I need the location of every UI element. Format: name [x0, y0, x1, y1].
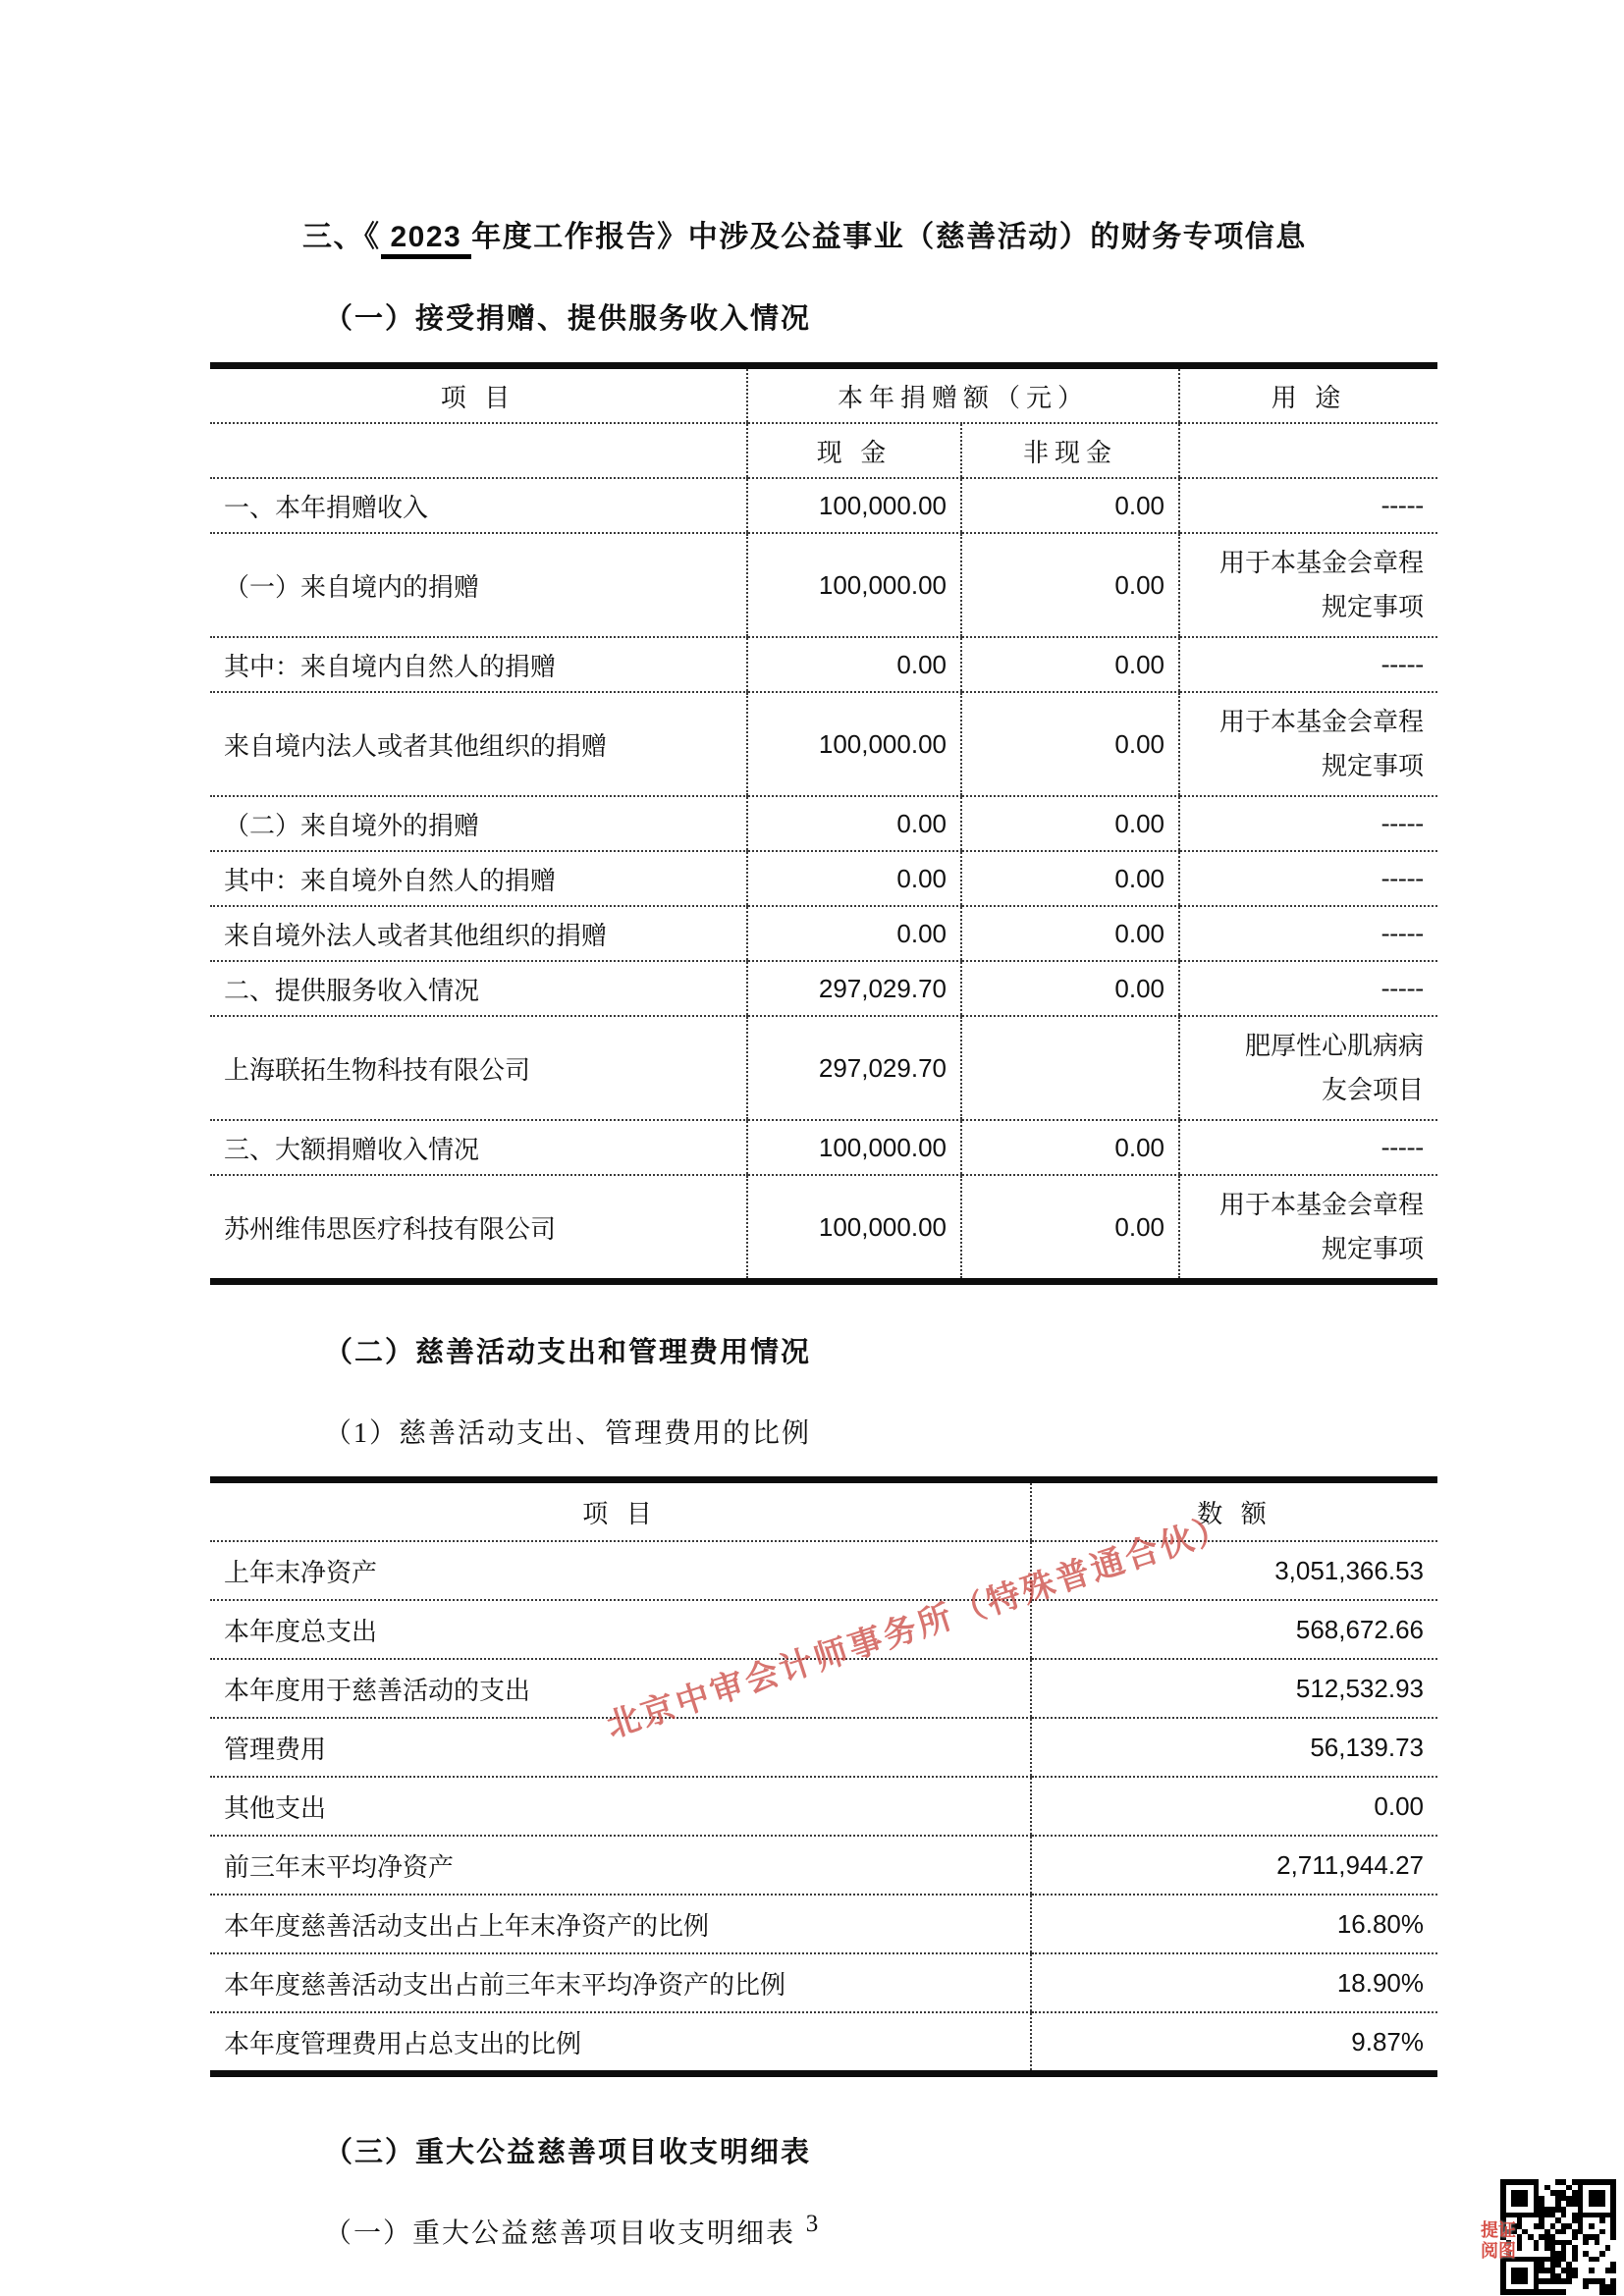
row-noncash: 0.00	[961, 637, 1179, 692]
row-value: 0.00	[1031, 1777, 1437, 1836]
column-header-noncash: 非现金	[961, 423, 1179, 478]
section1-heading: （一）接受捐赠、提供服务收入情况	[324, 296, 1624, 337]
qr-code: 提证 阅图	[1500, 2179, 1616, 2295]
row-item: （二）来自境外的捐赠	[210, 796, 747, 851]
row-value: 56,139.73	[1031, 1718, 1437, 1777]
row-cash: 100,000.00	[747, 1175, 961, 1282]
table-row: 上海联拓生物科技有限公司 297,029.70 肥厚性心肌病病 友会项目	[210, 1016, 1437, 1120]
row-use: 用于本基金会章程 规定事项	[1179, 533, 1437, 637]
row-cash: 0.00	[747, 906, 961, 961]
row-item: 其中：来自境内自然人的捐赠	[210, 637, 747, 692]
table-row: 其他支出 0.00	[210, 1777, 1437, 1836]
table-row: 其中：来自境外自然人的捐赠 0.00 0.00 -----	[210, 851, 1437, 906]
row-use: -----	[1179, 906, 1437, 961]
row-item: 本年度管理费用占总支出的比例	[210, 2012, 1031, 2074]
donation-income-table: 项 目 本年捐赠额（元） 用 途 现 金 非现金 一、本年捐赠收入 100,00…	[210, 362, 1437, 1285]
row-item: 一、本年捐赠收入	[210, 478, 747, 533]
row-value: 16.80%	[1031, 1895, 1437, 1953]
row-cash: 100,000.00	[747, 478, 961, 533]
title-year: 2023	[381, 221, 472, 259]
table-row: 上年末净资产 3,051,366.53	[210, 1541, 1437, 1600]
table-row: 前三年末平均净资产 2,711,944.27	[210, 1836, 1437, 1895]
section2-subheading: （1）慈善活动支出、管理费用的比例	[324, 1412, 1624, 1451]
row-cash: 0.00	[747, 637, 961, 692]
row-cash: 0.00	[747, 796, 961, 851]
expense-ratio-table: 项 目 数 额 上年末净资产 3,051,366.53 本年度总支出 568,6…	[210, 1476, 1437, 2077]
section2-heading: （二）慈善活动支出和管理费用情况	[324, 1330, 1624, 1370]
row-item: 本年度总支出	[210, 1600, 1031, 1659]
document-page: 三、《2023年度工作报告》中涉及公益事业（慈善活动）的财务专项信息 （一）接受…	[0, 212, 1624, 2251]
row-item: 苏州维伟思医疗科技有限公司	[210, 1175, 747, 1282]
table-row: 苏州维伟思医疗科技有限公司 100,000.00 0.00 用于本基金会章程 规…	[210, 1175, 1437, 1282]
page-title: 三、《2023年度工作报告》中涉及公益事业（慈善活动）的财务专项信息	[302, 212, 1624, 259]
table-row: 三、大额捐赠收入情况 100,000.00 0.00 -----	[210, 1120, 1437, 1175]
table-row: 本年度慈善活动支出占前三年末平均净资产的比例 18.90%	[210, 1953, 1437, 2012]
row-item: 上年末净资产	[210, 1541, 1031, 1600]
table-header-row: 项 目 本年捐赠额（元） 用 途	[210, 366, 1437, 424]
table-row: 二、提供服务收入情况 297,029.70 0.00 -----	[210, 961, 1437, 1016]
table-header-row: 项 目 数 额	[210, 1480, 1437, 1542]
page-number: 3	[0, 2211, 1624, 2238]
row-noncash	[961, 1016, 1179, 1120]
row-noncash: 0.00	[961, 796, 1179, 851]
row-use: 用于本基金会章程 规定事项	[1179, 1175, 1437, 1282]
empty-cell	[210, 423, 747, 478]
table-row: 本年度慈善活动支出占上年末净资产的比例 16.80%	[210, 1895, 1437, 1953]
title-suffix: 年度工作报告》中涉及公益事业（慈善活动）的财务专项信息	[471, 221, 1307, 253]
row-item: 本年度慈善活动支出占上年末净资产的比例	[210, 1895, 1031, 1953]
title-prefix: 三、《	[302, 221, 381, 253]
row-item: 其他支出	[210, 1777, 1031, 1836]
row-cash: 100,000.00	[747, 692, 961, 796]
section3-heading: （三）重大公益慈善项目收支明细表	[324, 2130, 1624, 2170]
row-use: -----	[1179, 796, 1437, 851]
column-header-item: 项 目	[210, 1480, 1031, 1542]
row-use: 肥厚性心肌病病 友会项目	[1179, 1016, 1437, 1120]
row-use: -----	[1179, 961, 1437, 1016]
row-item: 来自境内法人或者其他组织的捐赠	[210, 692, 747, 796]
row-item: 本年度用于慈善活动的支出	[210, 1659, 1031, 1718]
row-item: 三、大额捐赠收入情况	[210, 1120, 747, 1175]
row-item: 其中：来自境外自然人的捐赠	[210, 851, 747, 906]
table-row: 一、本年捐赠收入 100,000.00 0.00 -----	[210, 478, 1437, 533]
table-row: 来自境外法人或者其他组织的捐赠 0.00 0.00 -----	[210, 906, 1437, 961]
row-cash: 0.00	[747, 851, 961, 906]
table-row: 来自境内法人或者其他组织的捐赠 100,000.00 0.00 用于本基金会章程…	[210, 692, 1437, 796]
row-value: 568,672.66	[1031, 1600, 1437, 1659]
column-header-item: 项 目	[210, 366, 747, 424]
row-value: 512,532.93	[1031, 1659, 1437, 1718]
empty-cell	[1179, 423, 1437, 478]
row-use: -----	[1179, 478, 1437, 533]
column-header-value: 数 额	[1031, 1480, 1437, 1542]
column-header-amount-group: 本年捐赠额（元）	[747, 366, 1179, 424]
row-item: 前三年末平均净资产	[210, 1836, 1031, 1895]
table-subheader-row: 现 金 非现金	[210, 423, 1437, 478]
row-item: 本年度慈善活动支出占前三年末平均净资产的比例	[210, 1953, 1031, 2012]
table-row: 本年度管理费用占总支出的比例 9.87%	[210, 2012, 1437, 2074]
row-use: -----	[1179, 637, 1437, 692]
column-header-use: 用 途	[1179, 366, 1437, 424]
qr-stamp-label-line2: 阅图	[1481, 2241, 1516, 2262]
row-item: 管理费用	[210, 1718, 1031, 1777]
row-cash: 297,029.70	[747, 1016, 961, 1120]
row-noncash: 0.00	[961, 1175, 1179, 1282]
row-noncash: 0.00	[961, 533, 1179, 637]
row-value: 3,051,366.53	[1031, 1541, 1437, 1600]
row-noncash: 0.00	[961, 851, 1179, 906]
row-item: （一）来自境内的捐赠	[210, 533, 747, 637]
row-use: -----	[1179, 1120, 1437, 1175]
table-row: 本年度用于慈善活动的支出 512,532.93	[210, 1659, 1437, 1718]
row-noncash: 0.00	[961, 1120, 1179, 1175]
row-item: 二、提供服务收入情况	[210, 961, 747, 1016]
row-noncash: 0.00	[961, 478, 1179, 533]
row-value: 18.90%	[1031, 1953, 1437, 2012]
table-row: （一）来自境内的捐赠 100,000.00 0.00 用于本基金会章程 规定事项	[210, 533, 1437, 637]
row-noncash: 0.00	[961, 906, 1179, 961]
table-row: 本年度总支出 568,672.66	[210, 1600, 1437, 1659]
row-use: 用于本基金会章程 规定事项	[1179, 692, 1437, 796]
qr-stamp-label-line1: 提证	[1481, 2220, 1516, 2241]
row-noncash: 0.00	[961, 692, 1179, 796]
row-value: 9.87%	[1031, 2012, 1437, 2074]
qr-stamp-label: 提证 阅图	[1481, 2220, 1516, 2261]
row-cash: 297,029.70	[747, 961, 961, 1016]
row-item: 上海联拓生物科技有限公司	[210, 1016, 747, 1120]
table-row: 其中：来自境内自然人的捐赠 0.00 0.00 -----	[210, 637, 1437, 692]
table-row: 管理费用 56,139.73	[210, 1718, 1437, 1777]
row-value: 2,711,944.27	[1031, 1836, 1437, 1895]
table-row: （二）来自境外的捐赠 0.00 0.00 -----	[210, 796, 1437, 851]
row-item: 来自境外法人或者其他组织的捐赠	[210, 906, 747, 961]
row-cash: 100,000.00	[747, 533, 961, 637]
row-cash: 100,000.00	[747, 1120, 961, 1175]
row-noncash: 0.00	[961, 961, 1179, 1016]
row-use: -----	[1179, 851, 1437, 906]
qr-pattern	[1500, 2179, 1616, 2295]
column-header-cash: 现 金	[747, 423, 961, 478]
